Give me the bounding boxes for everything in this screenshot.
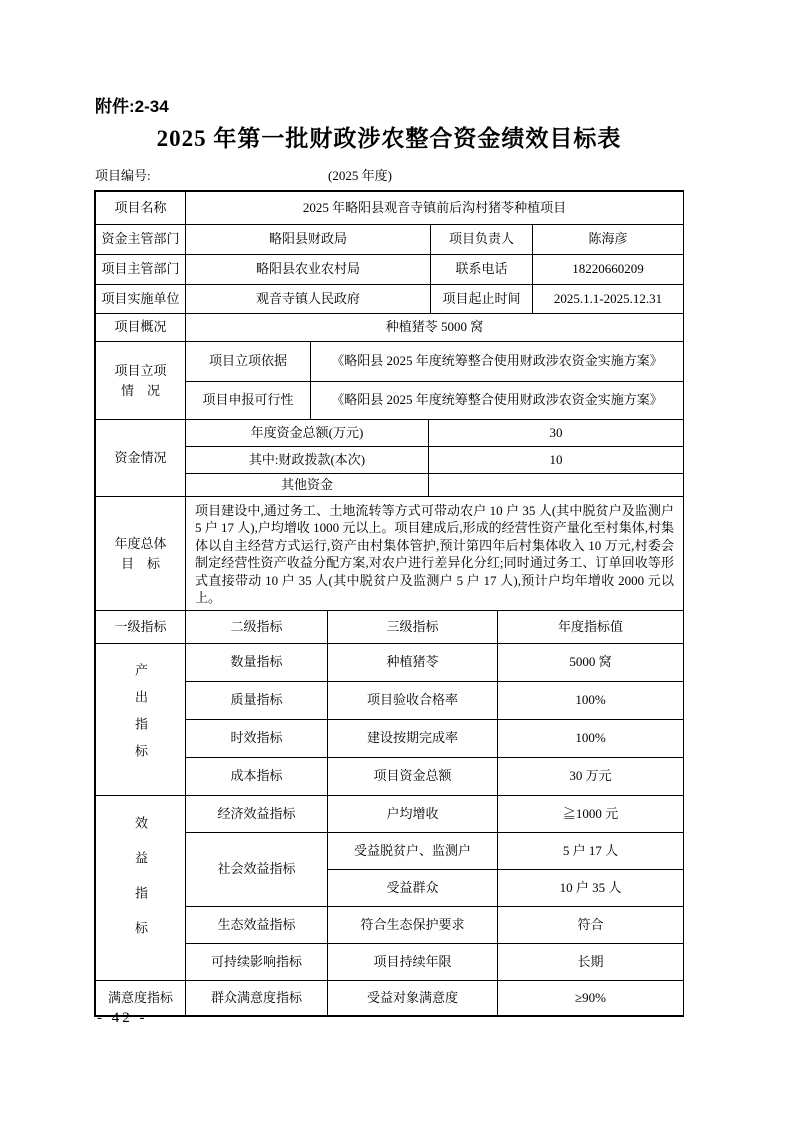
overview-label: 项目概况 — [96, 314, 186, 342]
project-dept-value: 略阳县农业农村局 — [186, 255, 431, 285]
benefit-economic-level2: 经济效益指标 — [186, 796, 328, 833]
overview-section: 项目概况 种植猪苓 5000 窝 — [95, 313, 684, 342]
project-name-value: 2025 年略阳县观音寺镇前后沟村猪苓种植项目 — [186, 192, 684, 225]
output-timeliness-level3: 建设按期完成率 — [328, 720, 498, 758]
table-row: 资金情况 年度资金总额(万元) 30 — [96, 420, 684, 447]
table-row: 效益指标 经济效益指标 户均增收 ≧1000 元 — [96, 796, 684, 833]
benefit-ecological-level3: 符合生态保护要求 — [328, 907, 498, 944]
benefit-economic-level3: 户均增收 — [328, 796, 498, 833]
header-annual-value: 年度指标值 — [498, 611, 684, 644]
phone-value: 18220660209 — [533, 255, 684, 285]
benefit-social-poor-value: 5 户 17 人 — [498, 833, 684, 870]
satisfaction-value: ≥90% — [498, 981, 684, 1016]
output-timeliness-value: 100% — [498, 720, 684, 758]
phone-label: 联系电话 — [431, 255, 533, 285]
basic-info-section: 项目名称 2025 年略阳县观音寺镇前后沟村猪苓种植项目 资金主管部门 略阳县财… — [95, 191, 684, 314]
funding-allocation-value: 10 — [429, 447, 684, 474]
header-level2: 二级指标 — [186, 611, 328, 644]
approval-basis-label: 项目立项依据 — [186, 342, 311, 382]
output-group-vertical-text: 产出指标 — [134, 663, 147, 771]
annual-goal-label: 年度总体 目 标 — [96, 497, 186, 611]
approval-feasibility-value: 《略阳县 2025 年度统筹整合使用财政涉农资金实施方案》 — [311, 382, 684, 420]
approval-group-line1: 项目立项 — [100, 361, 181, 381]
output-quantity-value: 5000 窝 — [498, 644, 684, 682]
output-group-label: 产出指标 — [96, 644, 186, 796]
document-page: 附件:2-34 2025 年第一批财政涉农整合资金绩效目标表 项目编号: (20… — [0, 0, 793, 1122]
benefit-economic-value: ≧1000 元 — [498, 796, 684, 833]
duration-label: 项目起止时间 — [431, 285, 533, 314]
output-quality-level3: 项目验收合格率 — [328, 682, 498, 720]
benefit-ecological-level2: 生态效益指标 — [186, 907, 328, 944]
fund-dept-value: 略阳县财政局 — [186, 225, 431, 255]
indicator-header-row: 一级指标 二级指标 三级指标 年度指标值 — [96, 611, 684, 644]
funding-section: 资金情况 年度资金总额(万元) 30 其中:财政拨款(本次) 10 其他资金 — [95, 419, 684, 497]
output-cost-level2: 成本指标 — [186, 758, 328, 796]
annual-goal-label-line1: 年度总体 — [100, 534, 181, 554]
meta-row: 项目编号: (2025 年度) — [95, 165, 683, 183]
attachment-label: 附件:2-34 — [95, 92, 169, 117]
project-name-label: 项目名称 — [96, 192, 186, 225]
benefit-sustainable-value: 长期 — [498, 944, 684, 981]
satisfaction-level3: 受益对象满意度 — [328, 981, 498, 1016]
satisfaction-level2: 群众满意度指标 — [186, 981, 328, 1016]
performance-target-table: 项目名称 2025 年略阳县观音寺镇前后沟村猪苓种植项目 资金主管部门 略阳县财… — [94, 190, 684, 1017]
project-leader-label: 项目负责人 — [431, 225, 533, 255]
table-row: 项目名称 2025 年略阳县观音寺镇前后沟村猪苓种植项目 — [96, 192, 684, 225]
funding-total-label: 年度资金总额(万元) — [186, 420, 429, 447]
table-row: 产出指标 数量指标 种植猪苓 5000 窝 — [96, 644, 684, 682]
approval-group-label: 项目立项 情 况 — [96, 342, 186, 420]
table-row: 满意度指标 群众满意度指标 受益对象满意度 ≥90% — [96, 981, 684, 1016]
header-level1: 一级指标 — [96, 611, 186, 644]
funding-allocation-label: 其中:财政拨款(本次) — [186, 447, 429, 474]
benefit-social-public-level3: 受益群众 — [328, 870, 498, 907]
funding-total-value: 30 — [429, 420, 684, 447]
table-row: 项目主管部门 略阳县农业农村局 联系电话 18220660209 — [96, 255, 684, 285]
table-row: 资金主管部门 略阳县财政局 项目负责人 陈海彦 — [96, 225, 684, 255]
output-cost-value: 30 万元 — [498, 758, 684, 796]
table-row: 项目立项 情 况 项目立项依据 《略阳县 2025 年度统筹整合使用财政涉农资金… — [96, 342, 684, 382]
approval-group-line2: 情 况 — [100, 381, 181, 401]
page-number: - 42 - — [97, 1010, 148, 1027]
benefit-group-vertical-text: 效益指标 — [134, 816, 147, 956]
output-timeliness-level2: 时效指标 — [186, 720, 328, 758]
approval-feasibility-label: 项目申报可行性 — [186, 382, 311, 420]
header-level3: 三级指标 — [328, 611, 498, 644]
output-quantity-level3: 种植猪苓 — [328, 644, 498, 682]
annual-goal-text: 项目建设中,通过务工、土地流转等方式可带动农户 10 户 35 人(其中脱贫户及… — [186, 497, 684, 611]
annual-goal-label-line2: 目 标 — [100, 554, 181, 574]
impl-unit-label: 项目实施单位 — [96, 285, 186, 314]
output-quantity-level2: 数量指标 — [186, 644, 328, 682]
project-dept-label: 项目主管部门 — [96, 255, 186, 285]
funding-group-label: 资金情况 — [96, 420, 186, 497]
table-row: 年度总体 目 标 项目建设中,通过务工、土地流转等方式可带动农户 10 户 35… — [96, 497, 684, 611]
page-title: 2025 年第一批财政涉农整合资金绩效目标表 — [95, 120, 683, 153]
output-cost-level3: 项目资金总额 — [328, 758, 498, 796]
impl-unit-value: 观音寺镇人民政府 — [186, 285, 431, 314]
output-quality-level2: 质量指标 — [186, 682, 328, 720]
fund-dept-label: 资金主管部门 — [96, 225, 186, 255]
benefit-sustainable-level2: 可持续影响指标 — [186, 944, 328, 981]
project-leader-value: 陈海彦 — [533, 225, 684, 255]
approval-section: 项目立项 情 况 项目立项依据 《略阳县 2025 年度统筹整合使用财政涉农资金… — [95, 341, 684, 420]
table-row: 项目概况 种植猪苓 5000 窝 — [96, 314, 684, 342]
overview-value: 种植猪苓 5000 窝 — [186, 314, 684, 342]
funding-other-value — [429, 474, 684, 497]
output-quality-value: 100% — [498, 682, 684, 720]
benefit-social-level2: 社会效益指标 — [186, 833, 328, 907]
year-label: (2025 年度) — [95, 165, 625, 184]
annual-goal-section: 年度总体 目 标 项目建设中,通过务工、土地流转等方式可带动农户 10 户 35… — [95, 496, 684, 611]
approval-basis-value: 《略阳县 2025 年度统筹整合使用财政涉农资金实施方案》 — [311, 342, 684, 382]
benefit-sustainable-level3: 项目持续年限 — [328, 944, 498, 981]
funding-other-label: 其他资金 — [186, 474, 429, 497]
duration-value: 2025.1.1-2025.12.31 — [533, 285, 684, 314]
benefit-group-label: 效益指标 — [96, 796, 186, 981]
table-row: 项目实施单位 观音寺镇人民政府 项目起止时间 2025.1.1-2025.12.… — [96, 285, 684, 314]
benefit-social-poor-level3: 受益脱贫户、监测户 — [328, 833, 498, 870]
benefit-social-public-value: 10 户 35 人 — [498, 870, 684, 907]
indicators-section: 一级指标 二级指标 三级指标 年度指标值 产出指标 数量指标 种植猪苓 5000… — [95, 610, 684, 1016]
benefit-ecological-value: 符合 — [498, 907, 684, 944]
